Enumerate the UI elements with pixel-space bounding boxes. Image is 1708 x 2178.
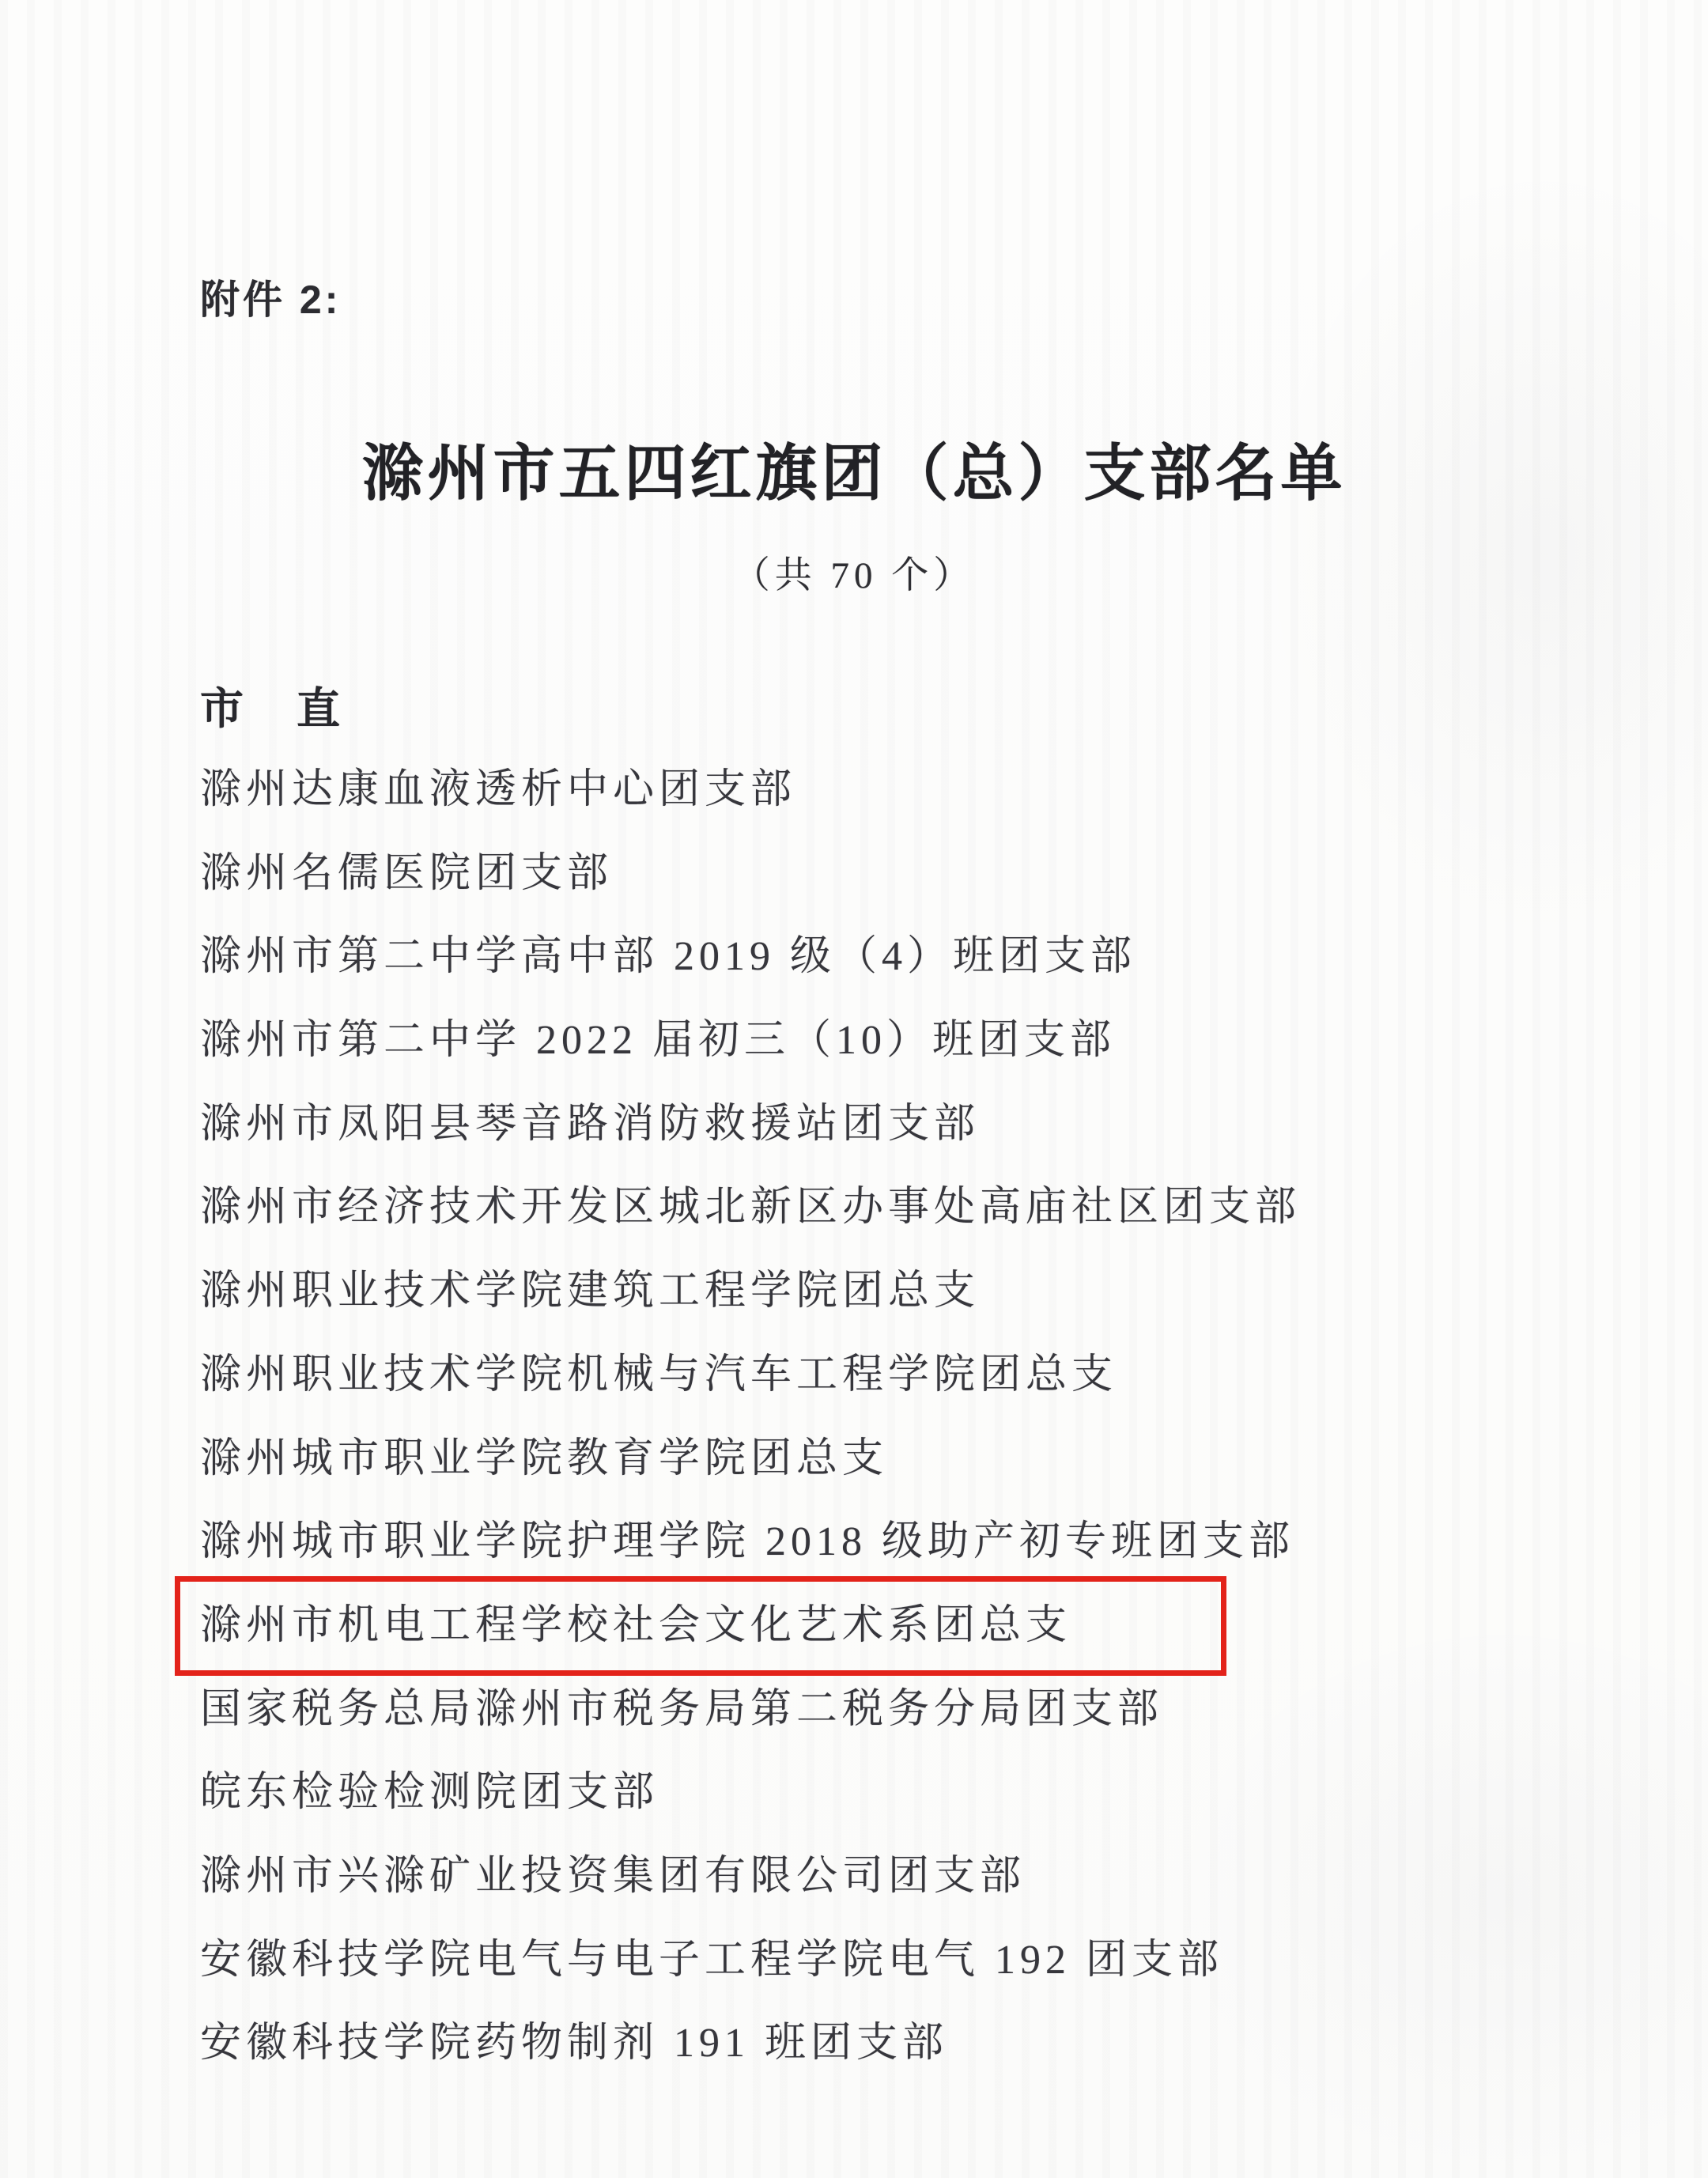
list-item: 滁州职业技术学院机械与汽车工程学院团总支 (200, 1351, 1592, 1435)
list-item: 安徽科技学院药物制剂 191 班团支部 (200, 2019, 1592, 2103)
entries-list: 滁州达康血液透析中心团支部 滁州名儒医院团支部 滁州市第二中学高中部 2019 … (200, 766, 1592, 2103)
document-page: 附件 2: 滁州市五四红旗团（总）支部名单 （共 70 个） 市 直 滁州达康血… (0, 0, 1708, 2178)
list-item: 滁州城市职业学院教育学院团总支 (200, 1435, 1592, 1518)
list-item: 安徽科技学院电气与电子工程学院电气 192 团支部 (200, 1936, 1592, 2020)
section-heading: 市 直 (200, 685, 345, 733)
list-item: 滁州市凤阳县琴音路消防救援站团支部 (200, 1100, 1592, 1184)
list-item: 国家税务总局滁州市税务局第二税务分局团支部 (200, 1685, 1592, 1769)
attachment-label: 附件 2: (200, 278, 341, 322)
list-item: 皖东检验检测院团支部 (200, 1768, 1592, 1852)
list-item: 滁州市第二中学高中部 2019 级（4）班团支部 (200, 932, 1592, 1016)
list-item: 滁州市兴滁矿业投资集团有限公司团支部 (200, 1852, 1592, 1936)
document-title: 滁州市五四红旗团（总）支部名单 (0, 437, 1708, 511)
list-item: 滁州名儒医院团支部 (200, 849, 1592, 933)
list-item: 滁州职业技术学院建筑工程学院团总支 (200, 1267, 1592, 1351)
list-item: 滁州达康血液透析中心团支部 (200, 766, 1592, 849)
list-item: 滁州市经济技术开发区城北新区办事处高庙社区团支部 (200, 1183, 1592, 1267)
list-item: 滁州市第二中学 2022 届初三（10）班团支部 (200, 1016, 1592, 1100)
document-subtitle: （共 70 个） (0, 546, 1708, 599)
list-item: 滁州城市职业学院护理学院 2018 级助产初专班团支部 (200, 1518, 1592, 1601)
list-item-highlighted: 滁州市机电工程学校社会文化艺术系团总支 (200, 1601, 1592, 1685)
